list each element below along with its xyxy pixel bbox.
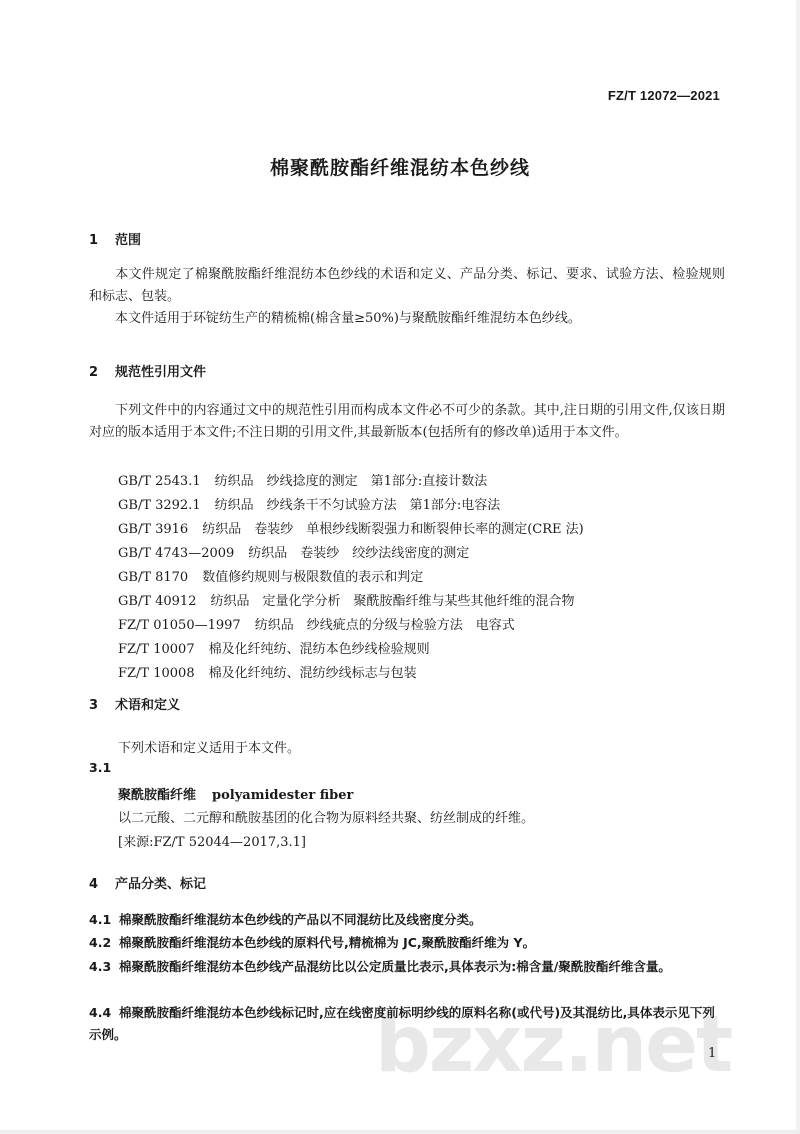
scope-paragraph-1: 本文件规定了棉聚酰胺酯纤维混纺本色纱线的术语和定义、产品分类、标记、要求、试验方… [89,264,725,308]
page-edge [0,1130,800,1134]
clause-item: 4.1棉聚酰胺酯纤维混纺本色纱线的产品以不同混纺比及线密度分类。 [89,909,725,931]
reference-item: FZ/T 10007棉及化纤纯纺、混纺本色纱线检验规则 [118,638,430,657]
reference-item: GB/T 4743—2009纺织品 卷装纱 绞纱法线密度的测定 [118,542,469,561]
reference-item: GB/T 8170数值修约规则与极限数值的表示和判定 [118,566,423,585]
clause-number: 3.1 [89,760,111,775]
term-source: [来源:FZ/T 52044—2017,3.1] [118,831,306,850]
reference-item: GB/T 3292.1纺织品 纱线条干不匀试验方法 第1部分:电容法 [118,494,500,513]
terms-intro: 下列术语和定义适用于本文件。 [118,737,300,756]
reference-item: GB/T 2543.1纺织品 纱线捻度的测定 第1部分:直接计数法 [118,470,487,489]
clause-item: 4.4棉聚酰胺酯纤维混纺本色纱线标记时,应在线密度前标明纱线的原料名称(或代号)… [89,1002,725,1046]
standard-code: FZ/T 12072—2021 [608,88,720,103]
term-entry: 聚酰胺酯纤维polyamidester fiber [118,784,353,803]
scope-paragraph-2: 本文件适用于环锭纺生产的精梳棉(棉含量≥50%)与聚酰胺酯纤维混纺本色纱线。 [89,308,725,330]
reference-item: GB/T 3916纺织品 卷装纱 单根纱线断裂强力和断裂伸长率的测定(CRE 法… [118,518,584,537]
clause-item: 4.3棉聚酰胺酯纤维混纺本色纱线产品混纺比以公定质量比表示,具体表示为:棉含量/… [89,956,725,978]
section-heading-4: 4产品分类、标记 [89,873,206,892]
section-heading-2: 2规范性引用文件 [89,361,206,380]
reference-item: FZ/T 10008棉及化纤纯纺、混纺纱线标志与包装 [118,662,417,681]
section-heading-1: 1范围 [89,229,141,248]
page-number: 1 [708,1046,716,1061]
reference-item: GB/T 40912纺织品 定量化学分析 聚酰胺酯纤维与某些其他纤维的混合物 [118,590,575,609]
document-page: FZ/T 12072—2021 棉聚酰胺酯纤维混纺本色纱线 1范围 本文件规定了… [0,0,800,1134]
references-intro: 下列文件中的内容通过文中的规范性引用而构成本文件必不可少的条款。其中,注日期的引… [89,400,725,444]
document-title: 棉聚酰胺酯纤维混纺本色纱线 [0,153,800,180]
reference-item: FZ/T 01050—1997纺织品 纱线疵点的分级与检验方法 电容式 [118,614,515,633]
clause-item: 4.2棉聚酰胺酯纤维混纺本色纱线的原料代号,精梳棉为 JC,聚酰胺酯纤维为 Y。 [89,932,725,954]
term-definition: 以二元酸、二元醇和酰胺基团的化合物为原料经共聚、纺丝制成的纤维。 [118,807,534,826]
term-english: polyamidester fiber [212,788,353,803]
section-heading-3: 3术语和定义 [89,694,180,713]
term-chinese: 聚酰胺酯纤维 [118,788,196,803]
